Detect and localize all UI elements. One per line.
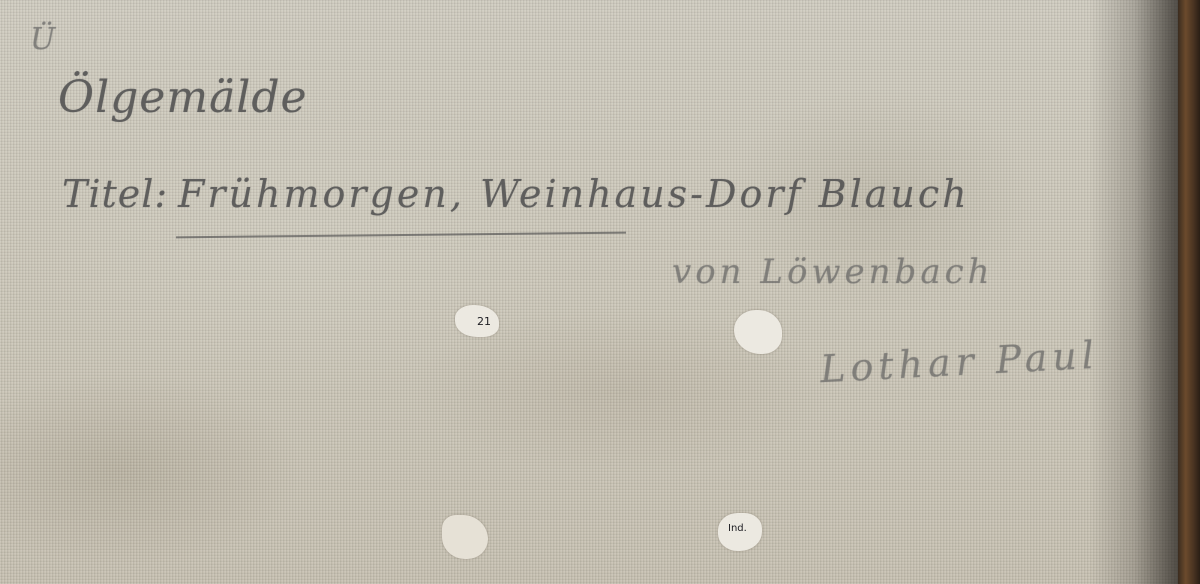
inscription-artist: von Löwenbach [672, 252, 994, 292]
inscription-title-prefix: Titel: [62, 172, 168, 216]
canvas-back-photo: Ü Ölgemälde Titel: Frühmorgen, Weinhaus-… [0, 0, 1200, 584]
inscription-top-mark: Ü [30, 22, 56, 57]
label-text: Ind. [728, 523, 747, 534]
title-underline [176, 232, 626, 239]
wooden-frame-edge [1178, 0, 1200, 584]
paper-label-patch: Ind. [718, 513, 762, 551]
paper-label-patch: 21 [455, 305, 499, 337]
paper-label-patch [442, 515, 488, 559]
inscription-oil-painting: Ölgemälde [58, 72, 308, 123]
paper-label-patch [734, 310, 782, 354]
label-number: 21 [477, 315, 491, 328]
inscription-title: Frühmorgen, Weinhaus-Dorf Blauch [178, 172, 970, 216]
inscription-signature: Lothar Paul [819, 333, 1100, 392]
